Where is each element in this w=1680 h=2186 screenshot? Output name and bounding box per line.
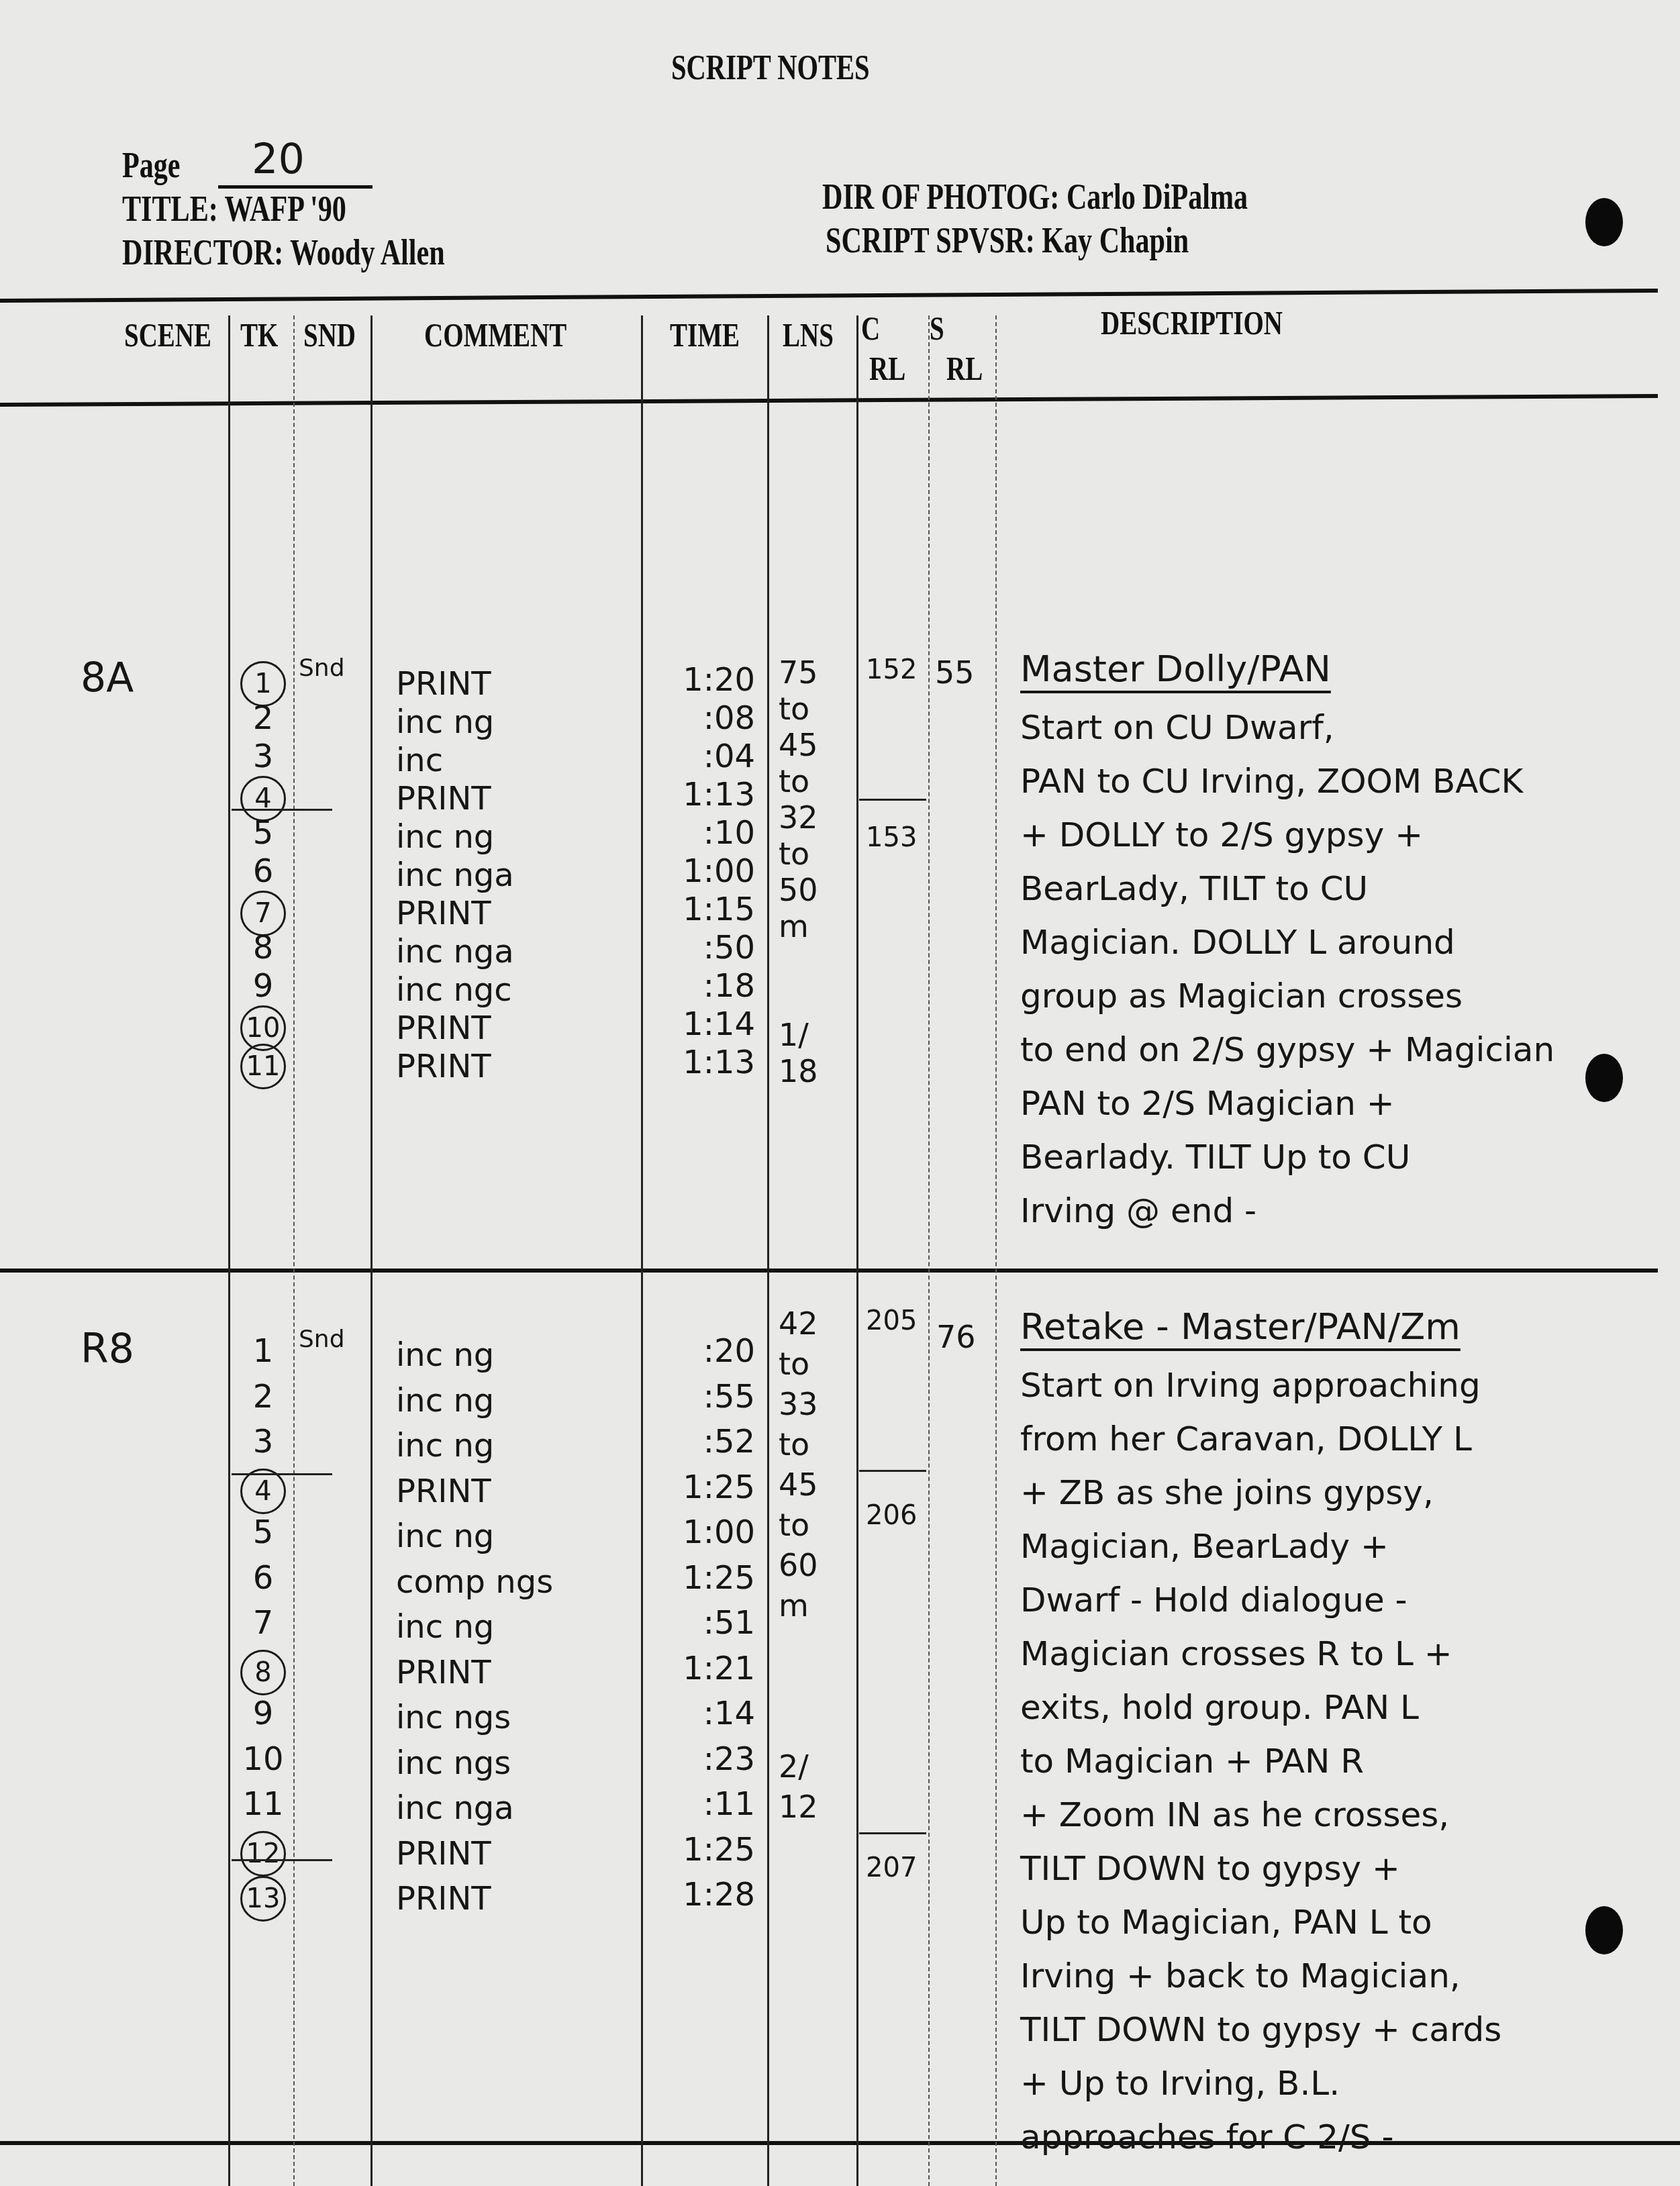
take-comment: PRINT [396, 1835, 491, 1873]
column-header-tk: TK [240, 315, 278, 354]
supervisor-field: SCRIPT SPVSR: Kay Chapin [826, 219, 1189, 261]
take-comment: inc ng [396, 1382, 494, 1420]
take-comment: inc ng [396, 1518, 494, 1555]
take-number: 3 [236, 1423, 290, 1460]
take-time: :50 [654, 929, 755, 966]
supervisor-label: SCRIPT SPVSR: [826, 220, 1035, 260]
take-time: :23 [654, 1740, 755, 1778]
lines-value: 45 [779, 727, 818, 763]
lines-value: to [779, 691, 809, 727]
take-time: :52 [654, 1423, 755, 1460]
sound-status: Snd [299, 1326, 345, 1353]
take-time: :18 [654, 967, 755, 1005]
take-comment: PRINT [396, 1473, 491, 1510]
description-line: + Zoom IN as he crosses, [1020, 1795, 1449, 1834]
take-comment: inc ng [396, 1427, 494, 1464]
take-break-rule [232, 1473, 332, 1475]
take-time: 1:25 [654, 1831, 755, 1869]
take-number: 9 [236, 1695, 290, 1732]
take-number: 13 [236, 1876, 290, 1922]
description-line: from her Caravan, DOLLY L [1020, 1420, 1472, 1458]
column-header-snd: SND [303, 315, 356, 354]
take-number: 5 [236, 1513, 290, 1551]
take-number: 1 [236, 1332, 290, 1370]
director-label: DIRECTOR: [122, 232, 283, 272]
roll-change-rule [859, 799, 926, 801]
take-comment: inc nga [396, 1789, 514, 1827]
take-number: 12 [236, 1831, 290, 1877]
director-field: DIRECTOR: Woody Allen [122, 232, 445, 273]
take-comment: PRINT [396, 895, 491, 932]
take-time: 1:15 [654, 891, 755, 928]
take-number: 9 [236, 967, 290, 1005]
table-top-rule [0, 289, 1658, 303]
take-number: 2 [236, 699, 290, 737]
take-comment: inc nga [396, 856, 514, 894]
description-line: TILT DOWN to gypsy + cards [1020, 2010, 1501, 2049]
lines-value: 2/ [779, 1748, 809, 1785]
take-comment: PRINT [396, 1009, 491, 1047]
circled-take: 13 [240, 1876, 286, 1922]
description-line: TILT DOWN to gypsy + [1020, 1849, 1400, 1888]
column-divider [641, 315, 643, 2186]
take-number: 11 [236, 1785, 290, 1823]
take-time: :08 [654, 699, 755, 737]
lines-value: 12 [779, 1789, 818, 1825]
take-comment: inc ngs [396, 1744, 511, 1782]
take-comment: PRINT [396, 665, 491, 703]
column-header-description: DESCRIPTION [1101, 303, 1283, 342]
lines-value: to [779, 1507, 809, 1543]
binder-hole-icon [1585, 1054, 1623, 1102]
take-number: 6 [236, 852, 290, 890]
description-line: group as Magician crosses [1020, 977, 1463, 1015]
take-time: 1:00 [654, 1513, 755, 1551]
description-line: Magician. DOLLY L around [1020, 923, 1455, 962]
description-line: approaches for C 2/S - [1020, 2118, 1393, 2156]
column-header-comment: COMMENT [424, 315, 566, 354]
title-field: TITLE: WAFP '90 [122, 188, 346, 230]
camera-roll: 153 [866, 822, 917, 853]
table-bottom-rule [0, 2141, 1680, 2145]
lines-value: 33 [779, 1386, 818, 1422]
lines-value: to [779, 836, 809, 872]
scene-number: 8A [81, 654, 134, 701]
column-header-lns: LNS [783, 315, 834, 354]
director-value: Woody Allen [290, 232, 445, 272]
description-line: Irving + back to Magician, [1020, 1956, 1461, 1995]
column-header-time: TIME [670, 315, 740, 354]
take-number: 6 [236, 1559, 290, 1597]
lines-value: 18 [779, 1053, 818, 1089]
sound-status: Snd [299, 654, 345, 682]
description-line: exits, hold group. PAN L [1020, 1688, 1419, 1727]
take-time: 1:14 [654, 1005, 755, 1043]
binder-hole-icon [1585, 1906, 1623, 1954]
scene-separator-rule [0, 1269, 1658, 1273]
column-divider [767, 315, 769, 2186]
page-label: Page [122, 144, 181, 186]
column-header-scene: SCENE [124, 315, 211, 354]
lines-value: to [779, 1346, 809, 1382]
description-line: + Up to Irving, B.L. [1020, 2064, 1340, 2103]
description-line: Bearlady. TILT Up to CU [1020, 1138, 1410, 1177]
lines-value: 50 [779, 872, 818, 908]
description-line: Start on Irving approaching [1020, 1366, 1481, 1405]
take-number: 7 [236, 1604, 290, 1642]
take-number: 11 [236, 1044, 290, 1089]
take-number: 10 [236, 1740, 290, 1778]
column-divider [293, 315, 295, 2186]
take-comment: PRINT [396, 1880, 491, 1918]
take-comment: inc ng [396, 1608, 494, 1646]
description-line: + ZB as she joins gypsy, [1020, 1473, 1434, 1512]
column-header-s: S [930, 309, 944, 348]
take-time: 1:13 [654, 776, 755, 813]
roll-change-rule [859, 1470, 926, 1472]
take-time: :11 [654, 1785, 755, 1823]
column-divider [856, 315, 858, 2186]
dop-label: DIR OF PHOTOG: [822, 177, 1059, 217]
description-line: Magician, BearLady + [1020, 1527, 1389, 1566]
camera-roll: 152 [866, 654, 917, 685]
description-line: to end on 2/S gypsy + Magician [1020, 1030, 1554, 1069]
description-line: PAN to CU Irving, ZOOM BACK [1020, 762, 1523, 801]
camera-roll: 205 [866, 1305, 917, 1336]
take-comment: PRINT [396, 1048, 491, 1085]
column-header-c: C [861, 309, 880, 348]
take-time: 1:13 [654, 1044, 755, 1081]
take-comment: inc nga [396, 933, 514, 971]
binder-hole-icon [1585, 198, 1623, 246]
column-header-c-rl: RL [869, 349, 905, 388]
take-time: :10 [654, 814, 755, 852]
description-line: BearLady, TILT to CU [1020, 869, 1368, 908]
description-title: Retake - Master/PAN/Zm [1020, 1305, 1461, 1348]
take-comment: inc ngs [396, 1699, 511, 1736]
lines-value: 75 [779, 654, 818, 691]
take-time: 1:00 [654, 852, 755, 890]
description-line: + DOLLY to 2/S gypsy + [1020, 815, 1423, 854]
take-number: 3 [236, 738, 290, 775]
take-number: 5 [236, 814, 290, 852]
description-line: Up to Magician, PAN L to [1020, 1903, 1432, 1942]
take-time: :55 [654, 1378, 755, 1415]
take-comment: inc ng [396, 818, 494, 856]
lines-value: 1/ [779, 1017, 809, 1053]
take-break-rule [232, 809, 332, 811]
column-divider [370, 315, 373, 2186]
take-comment: PRINT [396, 780, 491, 817]
take-time: :51 [654, 1604, 755, 1642]
description-line: Magician crosses R to L + [1020, 1634, 1452, 1673]
lines-value: to [779, 1426, 809, 1462]
take-time: :14 [654, 1695, 755, 1732]
page-number: 20 [252, 134, 305, 183]
lines-value: 32 [779, 799, 818, 836]
lines-value: 42 [779, 1305, 818, 1342]
description-line: to Magician + PAN R [1020, 1742, 1364, 1781]
column-header-s-rl: RL [946, 349, 983, 388]
take-number: 8 [236, 929, 290, 966]
lines-value: m [779, 1587, 809, 1624]
camera-roll: 207 [866, 1852, 917, 1883]
sound-roll: 55 [935, 654, 975, 691]
dop-field: DIR OF PHOTOG: Carlo DiPalma [822, 176, 1248, 217]
take-time: 1:21 [654, 1650, 755, 1687]
column-divider [228, 315, 230, 2186]
column-divider [928, 315, 930, 2186]
description-line: PAN to 2/S Magician + [1020, 1084, 1395, 1123]
document-title: SCRIPT NOTES [671, 48, 870, 88]
sound-roll: 76 [936, 1319, 976, 1355]
camera-roll: 206 [866, 1500, 917, 1531]
take-comment: PRINT [396, 1654, 491, 1691]
take-time: 1:20 [654, 661, 755, 699]
description-line: Start on CU Dwarf, [1020, 708, 1334, 747]
lines-value: 45 [779, 1467, 818, 1503]
description-line: Irving @ end - [1020, 1191, 1256, 1230]
title-label: TITLE: [122, 189, 218, 229]
take-comment: inc ng [396, 703, 494, 741]
take-time: :20 [654, 1332, 755, 1370]
circled-take: 12 [240, 1831, 286, 1877]
lines-value: to [779, 763, 809, 799]
lines-value: 60 [779, 1547, 818, 1583]
take-comment: inc ng [396, 1336, 494, 1374]
circled-take: 11 [240, 1044, 286, 1089]
header-bottom-rule [0, 394, 1658, 407]
circled-take: 8 [240, 1650, 286, 1695]
take-number: 8 [236, 1650, 290, 1695]
take-comment: inc [396, 742, 443, 779]
take-time: 1:28 [654, 1876, 755, 1914]
description-title: Master Dolly/PAN [1020, 648, 1331, 690]
take-time: :04 [654, 738, 755, 775]
column-divider [995, 315, 997, 2186]
description-line: Dwarf - Hold dialogue - [1020, 1581, 1407, 1620]
take-number: 2 [236, 1378, 290, 1415]
lines-value: m [779, 908, 809, 944]
supervisor-value: Kay Chapin [1042, 220, 1189, 260]
take-break-rule [232, 1859, 332, 1861]
take-comment: comp ngs [396, 1563, 553, 1601]
roll-change-rule [859, 1832, 926, 1834]
dop-value: Carlo DiPalma [1067, 177, 1248, 217]
take-time: 1:25 [654, 1469, 755, 1506]
take-time: 1:25 [654, 1559, 755, 1597]
take-comment: inc ngc [396, 971, 512, 1009]
scene-number: R8 [81, 1326, 134, 1373]
title-value: WAFP '90 [225, 189, 346, 229]
